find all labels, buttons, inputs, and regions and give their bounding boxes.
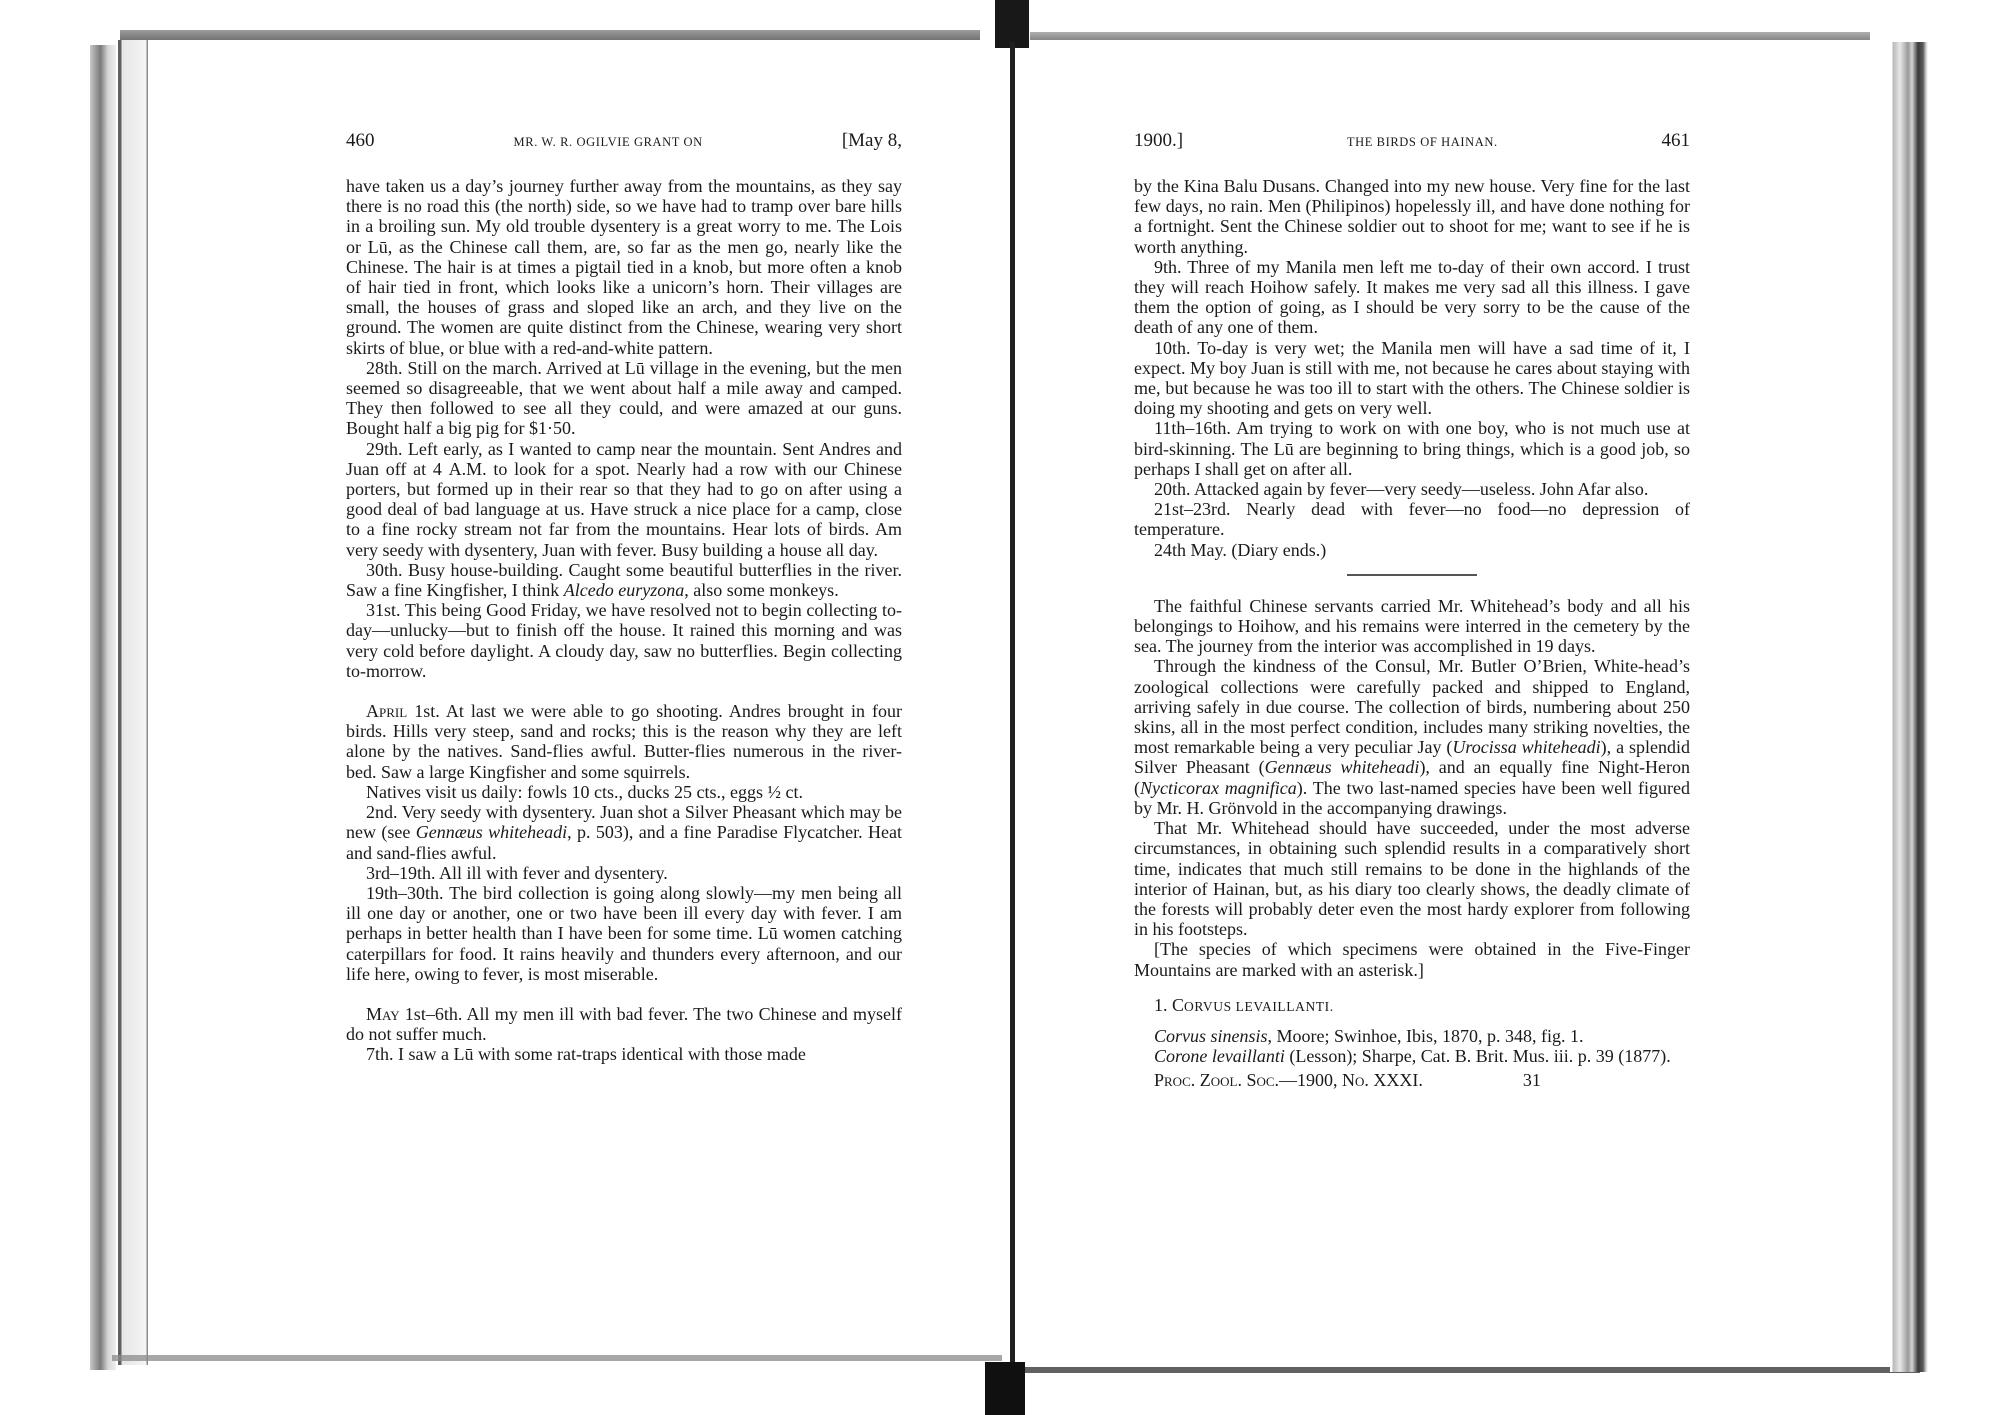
paragraph-spacer <box>346 681 902 701</box>
synonym-citation: Corone levaillanti (Lesson); Sharpe, Cat… <box>1134 1046 1690 1066</box>
running-head-left-page: 460 MR. W. R. OGILVIE GRANT ON [May 8, <box>346 130 902 164</box>
left-page: 460 MR. W. R. OGILVIE GRANT ON [May 8, h… <box>346 130 902 1065</box>
narrative-paragraph: That Mr. Whitehead should have succeeded… <box>1134 818 1690 939</box>
diary-paragraph: 2nd. Very seedy with dysentery. Juan sho… <box>346 802 902 863</box>
running-head-right-page: 1900.] THE BIRDS OF HAINAN. 461 <box>1134 130 1690 164</box>
narrative-paragraph: The faithful Chinese servants carried Mr… <box>1134 596 1690 657</box>
page-top-edge-left <box>120 30 980 40</box>
diary-paragraph: April 1st. At last we were able to go sh… <box>346 701 902 782</box>
diary-section: by the Kina Balu Dusans. Changed into my… <box>1134 176 1690 560</box>
diary-paragraph: 3rd–19th. All ill with fever and dysente… <box>346 863 902 883</box>
section-divider <box>1347 574 1477 576</box>
diary-paragraph: 24th May. (Diary ends.) <box>1134 540 1690 560</box>
signature-text: Proc. Zool. Soc.—1900, No. XXXI. <box>1154 1070 1423 1091</box>
page-number: 461 <box>1661 130 1690 152</box>
signature-sheet-number: 31 <box>1523 1070 1541 1091</box>
narrative-paragraph: Through the kindness of the Consul, Mr. … <box>1134 656 1690 818</box>
narrative-paragraph: [The species of which specimens were obt… <box>1134 939 1690 979</box>
right-page: 1900.] THE BIRDS OF HAINAN. 461 by the K… <box>1134 130 1690 1091</box>
running-head-year: 1900.] <box>1134 130 1183 152</box>
diary-paragraph: by the Kina Balu Dusans. Changed into my… <box>1134 176 1690 257</box>
diary-paragraph: 9th. Three of my Manila men left me to-d… <box>1134 257 1690 338</box>
printer-signature: Proc. Zool. Soc.—1900, No. XXXI. 31 <box>1154 1070 1690 1091</box>
diary-paragraph: 30th. Busy house-building. Caught some b… <box>346 560 902 600</box>
page-bottom-edge-right <box>1000 1367 1920 1373</box>
running-head-title: THE BIRDS OF HAINAN. <box>1347 135 1498 150</box>
running-head-date: [May 8, <box>842 130 902 152</box>
page-top-edge-right <box>1030 32 1870 40</box>
book-left-edge-shadow <box>90 45 116 1370</box>
diary-paragraph: 19th–30th. The bird collection is going … <box>346 883 902 984</box>
species-name-rest: ORVUS LEVAILLANTI. <box>1184 999 1334 1014</box>
species-synonyms: Corvus sinensis, Moore; Swinhoe, Ibis, 1… <box>1134 1026 1690 1066</box>
diary-paragraph: 31st. This being Good Friday, we have re… <box>346 600 902 681</box>
diary-paragraph: 28th. Still on the march. Arrived at Lū … <box>346 358 902 439</box>
diary-paragraph: 10th. To-day is very wet; the Manila men… <box>1134 338 1690 419</box>
species-number: 1. <box>1154 995 1168 1015</box>
diary-paragraph: Natives visit us daily: fowls 10 cts., d… <box>346 782 902 802</box>
species-heading: 1. CORVUS LEVAILLANTI. <box>1154 994 1690 1018</box>
narrative-section: The faithful Chinese servants carried Mr… <box>1134 596 1690 980</box>
diary-paragraph: May 1st–6th. All my men ill with bad fev… <box>346 1004 902 1044</box>
paragraph-spacer <box>346 984 902 1004</box>
book-left-page-stack <box>118 40 148 1365</box>
species-name-initial: C <box>1172 995 1184 1015</box>
synonym-citation: Corvus sinensis, Moore; Swinhoe, Ibis, 1… <box>1134 1026 1690 1046</box>
running-head-title: MR. W. R. OGILVIE GRANT ON <box>514 135 703 150</box>
left-page-body: have taken us a day’s journey further aw… <box>346 176 902 1065</box>
diary-paragraph: have taken us a day’s journey further aw… <box>346 176 902 358</box>
gutter-shadow-top <box>995 0 1029 48</box>
book-right-page-stack <box>1890 42 1928 1372</box>
diary-paragraph: 7th. I saw a Lū with some rat-traps iden… <box>346 1044 902 1064</box>
diary-paragraph: 11th–16th. Am trying to work on with one… <box>1134 418 1690 479</box>
diary-paragraph: 21st–23rd. Nearly dead with fever—no foo… <box>1134 499 1690 539</box>
book-gutter <box>1010 42 1015 1362</box>
page-number: 460 <box>346 130 375 152</box>
diary-paragraph: 29th. Left early, as I wanted to camp ne… <box>346 439 902 560</box>
gutter-shadow-bottom <box>985 1362 1025 1415</box>
page-bottom-edge-left <box>112 1355 1002 1361</box>
diary-paragraph: 20th. Attacked again by fever—very seedy… <box>1134 479 1690 499</box>
